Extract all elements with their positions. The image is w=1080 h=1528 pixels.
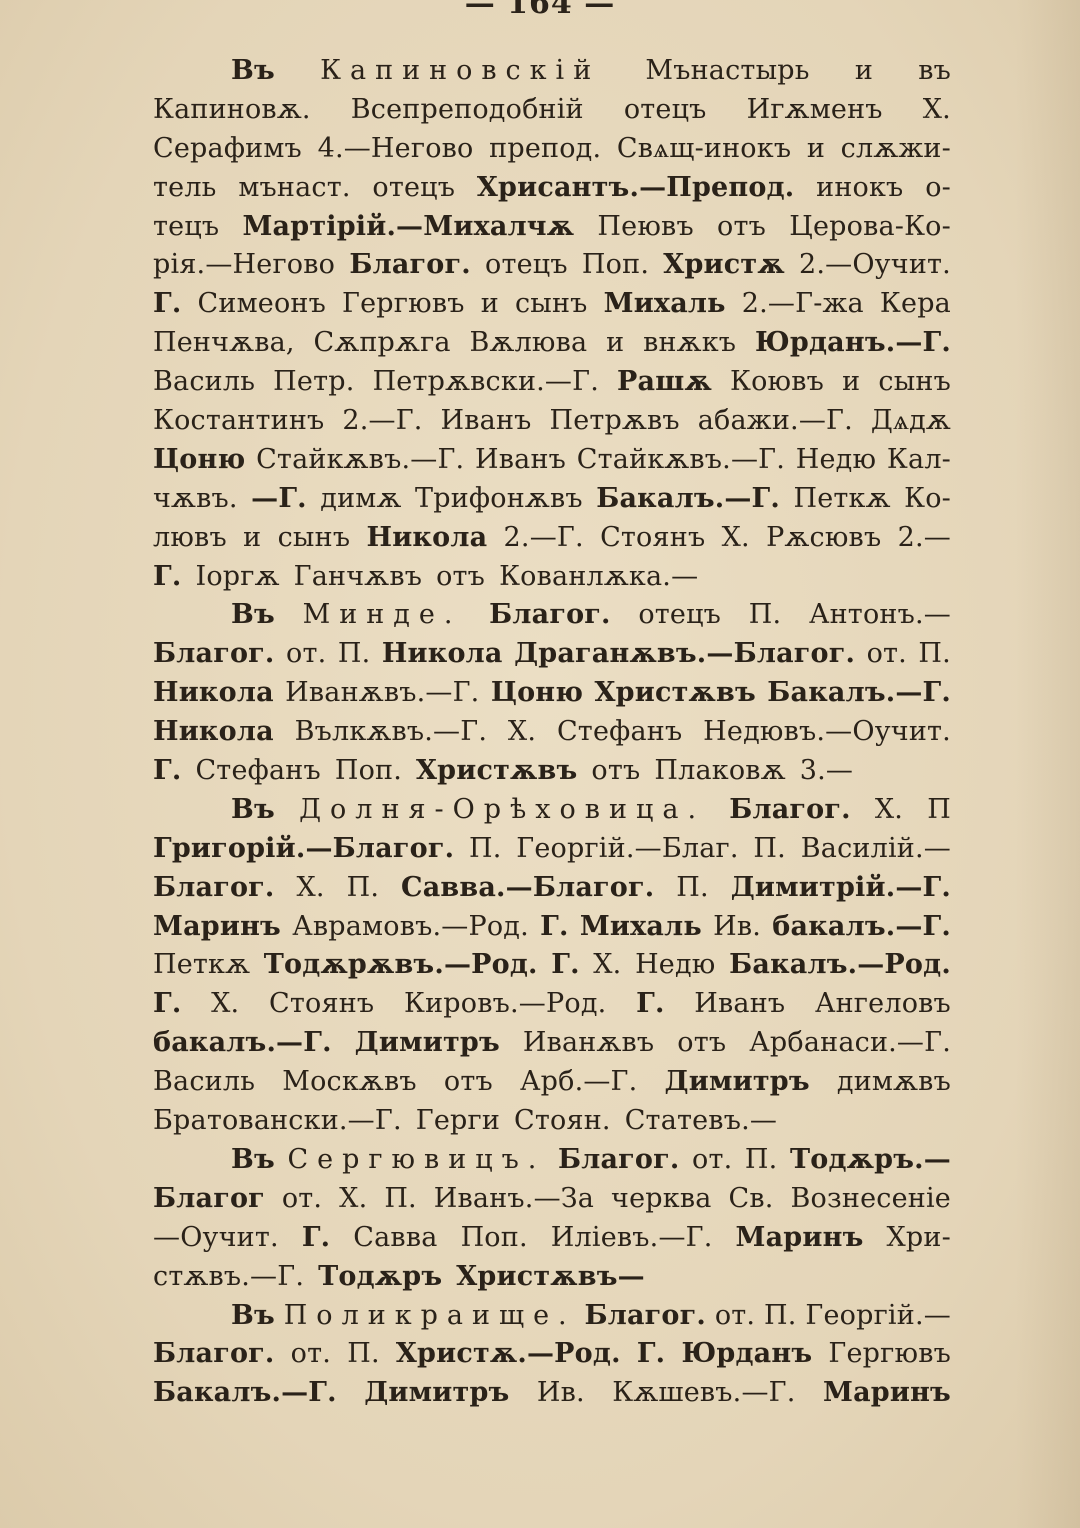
- word: Благог.: [489, 596, 611, 635]
- word: Иванѫвъ.—Г.: [285, 674, 479, 713]
- section-heading-line: ВъСергювицъ.Благог.от.П.Тодѫръ.—: [153, 1141, 951, 1180]
- word: Х.: [875, 791, 903, 830]
- word: Тодѫръ: [318, 1258, 442, 1297]
- word: Г.: [153, 558, 181, 597]
- text-line: Благог.от.П.Христѫ.—Род.Г.ЮрданъГергювъ: [153, 1335, 951, 1374]
- word: —Г.: [251, 480, 307, 519]
- word: Михаль: [604, 285, 726, 324]
- word: бакалъ.—Г.: [772, 908, 951, 947]
- word: Плаковѫ: [654, 752, 785, 791]
- word: Въ: [231, 1141, 275, 1180]
- word: Ко-: [904, 480, 951, 519]
- word: Димитръ: [665, 1063, 810, 1102]
- text-line: Г.СтефанъПоп.ХристѫвъотъПлаковѫ3.—: [153, 752, 951, 791]
- word: димѫвъ: [837, 1063, 951, 1102]
- word: отъ: [717, 208, 766, 247]
- word: Христѫ.—Род.: [396, 1335, 621, 1374]
- text-line: чѫвъ.—Г.димѫТрифонѫвъБакалъ.—Г.ПеткѫКо-: [153, 480, 951, 519]
- word: Х.: [923, 91, 951, 130]
- word: слѫжи-: [841, 130, 951, 169]
- word: Благог.: [153, 869, 275, 908]
- word: Костантинъ: [153, 402, 324, 441]
- word: Иванъ.—За: [434, 1180, 594, 1219]
- word: чѫвъ.: [153, 480, 238, 519]
- word: Георгій.—Благ.: [516, 830, 738, 869]
- word: Кировъ.—Род.: [404, 985, 606, 1024]
- word: Мартірій.—Михалчѫ: [242, 208, 574, 247]
- word: сынъ: [278, 519, 351, 558]
- word: Св.: [728, 1180, 773, 1219]
- word: инокъ: [816, 169, 903, 208]
- word: от.: [867, 635, 907, 674]
- word: Коювъ: [730, 363, 824, 402]
- word: Никола: [153, 674, 274, 713]
- word: П.: [347, 869, 380, 908]
- word: мънаст.: [238, 169, 350, 208]
- text-line: Серафимъ4.—Неговопрепод.Свѧщ-инокъислѫжи…: [153, 130, 951, 169]
- word: рія.—Негово: [153, 246, 335, 285]
- text-line: ВасильПетр.Петрѫвски.—Г.РашѫКоювъисынъ: [153, 363, 951, 402]
- word: и: [243, 519, 261, 558]
- word: отъ: [677, 1024, 726, 1063]
- word: въ: [918, 52, 951, 91]
- word: Братовански.—Г.: [153, 1102, 402, 1141]
- text-line: Благог.от.П.НиколаДраганѫвъ.—Благог.от.П…: [153, 635, 951, 674]
- word: Петр.: [273, 363, 354, 402]
- word: Г.: [636, 985, 664, 1024]
- word: Г.: [637, 1335, 665, 1374]
- text-line: лювъисынъНикола2.—Г.СтоянъХ.Рѫсювъ2.—: [153, 519, 951, 558]
- word: Стефанъ: [557, 713, 682, 752]
- word: П.: [745, 1141, 778, 1180]
- word: Иванъ: [475, 441, 566, 480]
- word: Г.: [153, 752, 181, 791]
- text-line: Капиновѫ.ВсепреподобнійотецъИгѫменъХ.: [153, 91, 951, 130]
- word: Иванъ: [441, 402, 532, 441]
- word: Стоянъ: [269, 985, 374, 1024]
- word: Долня-Орѣховица.: [299, 791, 705, 830]
- word: Тодѫръ.—: [790, 1141, 951, 1180]
- word: Григорій.—Благог.: [153, 830, 454, 869]
- word: Арб.—Г.: [520, 1063, 637, 1102]
- word: П.: [749, 596, 782, 635]
- word: Рашѫ: [617, 363, 712, 402]
- word: Никола: [153, 713, 274, 752]
- word: Въ: [231, 52, 275, 91]
- word: и: [481, 285, 499, 324]
- word: лювъ: [153, 519, 227, 558]
- word: и: [606, 324, 624, 363]
- page-number: — 164 —: [0, 0, 1080, 21]
- word: Х.: [296, 869, 324, 908]
- word: Х.: [339, 1180, 367, 1219]
- word: отецъ: [624, 91, 707, 130]
- word: П.: [918, 635, 951, 674]
- word: Х.: [722, 519, 750, 558]
- word: Хри-: [887, 1219, 951, 1258]
- section-heading-line: ВъМинде.Благог.отецъП.Антонъ.—: [153, 596, 951, 635]
- word: Драганѫвъ.—Благог.: [514, 635, 855, 674]
- word: Димитръ: [364, 1374, 509, 1413]
- word: Арбанаси.—Г.: [749, 1024, 951, 1063]
- word: Димитрій.—Г.: [731, 869, 951, 908]
- word: П.: [676, 869, 709, 908]
- word: Х.: [508, 713, 536, 752]
- text-line: Бакалъ.—Г.ДимитръИв.Кѫшевъ.—Г.Маринъ: [153, 1374, 951, 1413]
- word: Стайкѫвъ.—Г.: [577, 441, 785, 480]
- word: Вознесеніе: [790, 1180, 951, 1219]
- word: Пенчѫва,: [153, 324, 295, 363]
- section-heading-line: ВъДолня-Орѣховица.Благог.Х.П: [153, 791, 951, 830]
- word: Бакалъ.—Г.: [596, 480, 780, 519]
- word: Г.: [551, 946, 579, 985]
- word: Христѫ: [663, 246, 785, 285]
- text-line: —Оучит.Г.СавваПоп.Иліевъ.—Г.МаринъХри-: [153, 1219, 951, 1258]
- word: Х.: [593, 946, 621, 985]
- word: Недю: [796, 441, 876, 480]
- body-text: ВъКапиновскійМънастырьивъКапиновѫ.Всепре…: [153, 52, 951, 1413]
- word: и: [855, 52, 873, 91]
- word: Василій.—: [801, 830, 951, 869]
- word: Никола: [382, 635, 503, 674]
- text-line: Благог.Х.П.Савва.—Благог.П.Димитрій.—Г.: [153, 869, 951, 908]
- word: Недювъ.—Оучит.: [703, 713, 951, 752]
- word: Ганчѫвъ: [294, 558, 422, 597]
- word: Игѫменъ: [747, 91, 883, 130]
- word: Стоянъ: [600, 519, 705, 558]
- word: о-: [925, 169, 951, 208]
- word: Гергювъ: [342, 285, 465, 324]
- word: Дѧдѫ: [871, 402, 951, 441]
- word: Сѫпрѫга: [313, 324, 450, 363]
- word: Христѫвъ: [416, 752, 577, 791]
- word: тель: [153, 169, 217, 208]
- word: —Оучит.: [153, 1219, 279, 1258]
- word: Благог.: [153, 635, 275, 674]
- word: Статевъ.—: [625, 1102, 777, 1141]
- text-line: рія.—НеговоБлагог.отецъПоп.Христѫ2.—Оучи…: [153, 246, 951, 285]
- word: Минде.: [303, 596, 462, 635]
- word: Кера: [880, 285, 951, 324]
- text-line: НиколаВълкѫвъ.—Г.Х.СтефанъНедювъ.—Оучит.: [153, 713, 951, 752]
- text-line: ЦонюСтайкѫвъ.—Г.ИванъСтайкѫвъ.—Г.НедюКал…: [153, 441, 951, 480]
- word: Вълкѫвъ.—Г.: [295, 713, 488, 752]
- word: Всепреподобній: [351, 91, 584, 130]
- word: П.: [347, 1335, 380, 1374]
- word: Юрданъ.—Г.: [755, 324, 951, 363]
- word: Георгій.—: [805, 1297, 951, 1336]
- word: Гергювъ: [828, 1335, 951, 1374]
- word: димѫ: [320, 480, 401, 519]
- word: Стефанъ: [195, 752, 320, 791]
- word: Иванъ: [694, 985, 785, 1024]
- word: отецъ: [485, 246, 568, 285]
- word: Въ: [231, 1297, 275, 1336]
- word: от.: [291, 1335, 331, 1374]
- word: Поп.: [335, 752, 402, 791]
- word: Цоню: [491, 674, 583, 713]
- word: Благог.: [558, 1141, 680, 1180]
- word: П.: [338, 635, 371, 674]
- word: Хрисантъ.—Препод.: [477, 169, 795, 208]
- word: Благог.: [729, 791, 851, 830]
- text-line: НиколаИванѫвъ.—Г.ЦонюХристѫвъБакалъ.—Г.: [153, 674, 951, 713]
- word: Церова-Ко-: [789, 208, 951, 247]
- word: Цоню: [153, 441, 245, 480]
- word: стѫвъ.—Г.: [153, 1258, 304, 1297]
- scanned-page: — 164 — ВъКапиновскійМънастырьивъКапинов…: [0, 0, 1080, 1528]
- text-line: Г.СимеонъГергювъисынъМихаль2.—Г-жаКера: [153, 285, 951, 324]
- word: Савва: [353, 1219, 437, 1258]
- word: Христѫвъ: [595, 674, 756, 713]
- word: Ангеловъ: [815, 985, 951, 1024]
- word: Маринъ: [736, 1219, 864, 1258]
- word: Ив.: [713, 908, 761, 947]
- word: Недю: [635, 946, 715, 985]
- word: Василь: [153, 363, 255, 402]
- section-heading-line: ВъПоликраище.Благог.от.П.Георгій.—: [153, 1297, 951, 1336]
- word: сынъ: [878, 363, 951, 402]
- word: 2.—Оучит.: [799, 246, 951, 285]
- word: от.: [692, 1141, 732, 1180]
- word: Москѫвъ: [282, 1063, 417, 1102]
- word: Благог.: [349, 246, 471, 285]
- word: Бакалъ.—Г.: [767, 674, 951, 713]
- text-line: Костантинъ2.—Г.ИванъПетрѫвъабажи.—Г.Дѧдѫ: [153, 402, 951, 441]
- text-line: бакалъ.—Г.ДимитръИванѫвъотъАрбанаси.—Г.: [153, 1024, 951, 1063]
- text-line: ПеткѫТодѫрѫвъ.—Род.Г.Х.НедюБакалъ.—Род.: [153, 946, 951, 985]
- word: 4.—Негово: [318, 130, 474, 169]
- word: Іоргѫ: [195, 558, 279, 597]
- word: абажи.—Г.: [698, 402, 853, 441]
- word: Василь: [153, 1063, 255, 1102]
- word: и: [842, 363, 860, 402]
- word: Сергювицъ.: [287, 1141, 545, 1180]
- word: Маринъ: [153, 908, 281, 947]
- text-line: Григорій.—Благог.П.Георгій.—Благ.П.Васил…: [153, 830, 951, 869]
- word: 2.—: [898, 519, 951, 558]
- word: отъ: [444, 1063, 493, 1102]
- word: Х.: [211, 985, 239, 1024]
- word: Ив.: [537, 1374, 585, 1413]
- word: от.: [715, 1297, 755, 1336]
- word: Пеювъ: [597, 208, 693, 247]
- word: тецъ: [153, 208, 219, 247]
- word: Капиновѫ.: [153, 91, 311, 130]
- word: от.: [286, 635, 326, 674]
- word: отъ: [436, 558, 485, 597]
- word: П.: [764, 1297, 797, 1336]
- word: Благог.: [153, 1335, 275, 1374]
- text-line: Пенчѫва,СѫпрѫгаВѫлюваивнѫкъЮрданъ.—Г.: [153, 324, 951, 363]
- word: Благог: [153, 1180, 265, 1219]
- word: Мънастырь: [645, 52, 809, 91]
- word: Въ: [231, 791, 275, 830]
- word: Аврамовъ.—Род.: [292, 908, 529, 947]
- word: Кованлѫка.—: [499, 558, 698, 597]
- word: Тодѫрѫвъ.—Род.: [264, 946, 538, 985]
- word: Г.: [153, 985, 181, 1024]
- text-line: стѫвъ.—Г.ТодѫръХристѫвъ—: [153, 1258, 951, 1297]
- word: 2.—Г-жа: [742, 285, 864, 324]
- word: П.: [469, 830, 502, 869]
- text-line: МаринъАврамовъ.—Род.Г.МихальИв.бакалъ.—Г…: [153, 908, 951, 947]
- word: Капиновскій: [320, 52, 600, 91]
- word: Петрѫвъ: [549, 402, 679, 441]
- word: Маринъ: [823, 1374, 951, 1413]
- word: Герги: [416, 1102, 500, 1141]
- text-line: Братовански.—Г.ГергиСтоян.Статевъ.—: [153, 1102, 951, 1141]
- word: Поп.: [461, 1219, 528, 1258]
- word: Г.: [153, 285, 181, 324]
- word: Стайкѫвъ.—Г.: [256, 441, 464, 480]
- word: Кал-: [887, 441, 951, 480]
- text-line: Г.ІоргѫГанчѫвъотъКованлѫка.—: [153, 558, 951, 597]
- word: препод.: [489, 130, 601, 169]
- word: 2.—Г.: [342, 402, 422, 441]
- word: 2.—Г.: [504, 519, 584, 558]
- word: П.: [753, 830, 786, 869]
- word: Юрданъ: [681, 1335, 812, 1374]
- word: Савва.—Благог.: [401, 869, 654, 908]
- word: черква: [611, 1180, 712, 1219]
- text-line: Благогот.Х.П.Иванъ.—ЗачеркваСв.Вознесені…: [153, 1180, 951, 1219]
- text-line: тельмънаст.отецъХрисантъ.—Препод.инокъо-: [153, 169, 951, 208]
- word: Трифонѫвъ: [415, 480, 583, 519]
- word: Никола: [366, 519, 487, 558]
- word: и: [807, 130, 825, 169]
- word: Петкѫ: [793, 480, 890, 519]
- word: Димитръ: [355, 1024, 500, 1063]
- word: Петкѫ: [153, 946, 250, 985]
- text-line: ВасильМоскѫвъотъАрб.—Г.Димитръдимѫвъ: [153, 1063, 951, 1102]
- word: Иванѫвъ: [523, 1024, 654, 1063]
- word: 3.—: [800, 752, 853, 791]
- text-line: тецъМартірій.—МихалчѫПеювъотъЦерова-Ко-: [153, 208, 951, 247]
- word: Петрѫвски.—Г.: [373, 363, 599, 402]
- word: Бакалъ.—Род.: [729, 946, 951, 985]
- word: Бакалъ.—Г.: [153, 1374, 337, 1413]
- word: Г.: [540, 908, 568, 947]
- word: сынъ: [515, 285, 588, 324]
- word: Свѧщ-инокъ: [617, 130, 791, 169]
- word: от.: [282, 1180, 322, 1219]
- word: бакалъ.—Г.: [153, 1024, 332, 1063]
- word: П: [927, 791, 951, 830]
- word: Христѫвъ—: [456, 1258, 645, 1297]
- word: Поликраище.: [284, 1297, 576, 1336]
- word: внѫкъ: [643, 324, 736, 363]
- word: П.: [384, 1180, 417, 1219]
- word: Кѫшевъ.—Г.: [612, 1374, 795, 1413]
- word: Благог.: [584, 1297, 706, 1336]
- word: отецъ: [638, 596, 721, 635]
- word: Симеонъ: [198, 285, 326, 324]
- word: Г.: [302, 1219, 330, 1258]
- word: Антонъ.—: [809, 596, 951, 635]
- word: отецъ: [372, 169, 455, 208]
- word: Стоян.: [514, 1102, 611, 1141]
- word: Поп.: [582, 246, 649, 285]
- word: Иліевъ.—Г.: [551, 1219, 713, 1258]
- word: Въ: [231, 596, 275, 635]
- word: Рѫсювъ: [766, 519, 881, 558]
- word: отъ: [591, 752, 640, 791]
- word: Серафимъ: [153, 130, 302, 169]
- text-line: Г.Х.СтоянъКировъ.—Род.Г.ИванъАнгеловъ: [153, 985, 951, 1024]
- word: Вѫлюва: [470, 324, 588, 363]
- section-heading-line: ВъКапиновскійМънастырьивъ: [153, 52, 951, 91]
- word: Михаль: [580, 908, 702, 947]
